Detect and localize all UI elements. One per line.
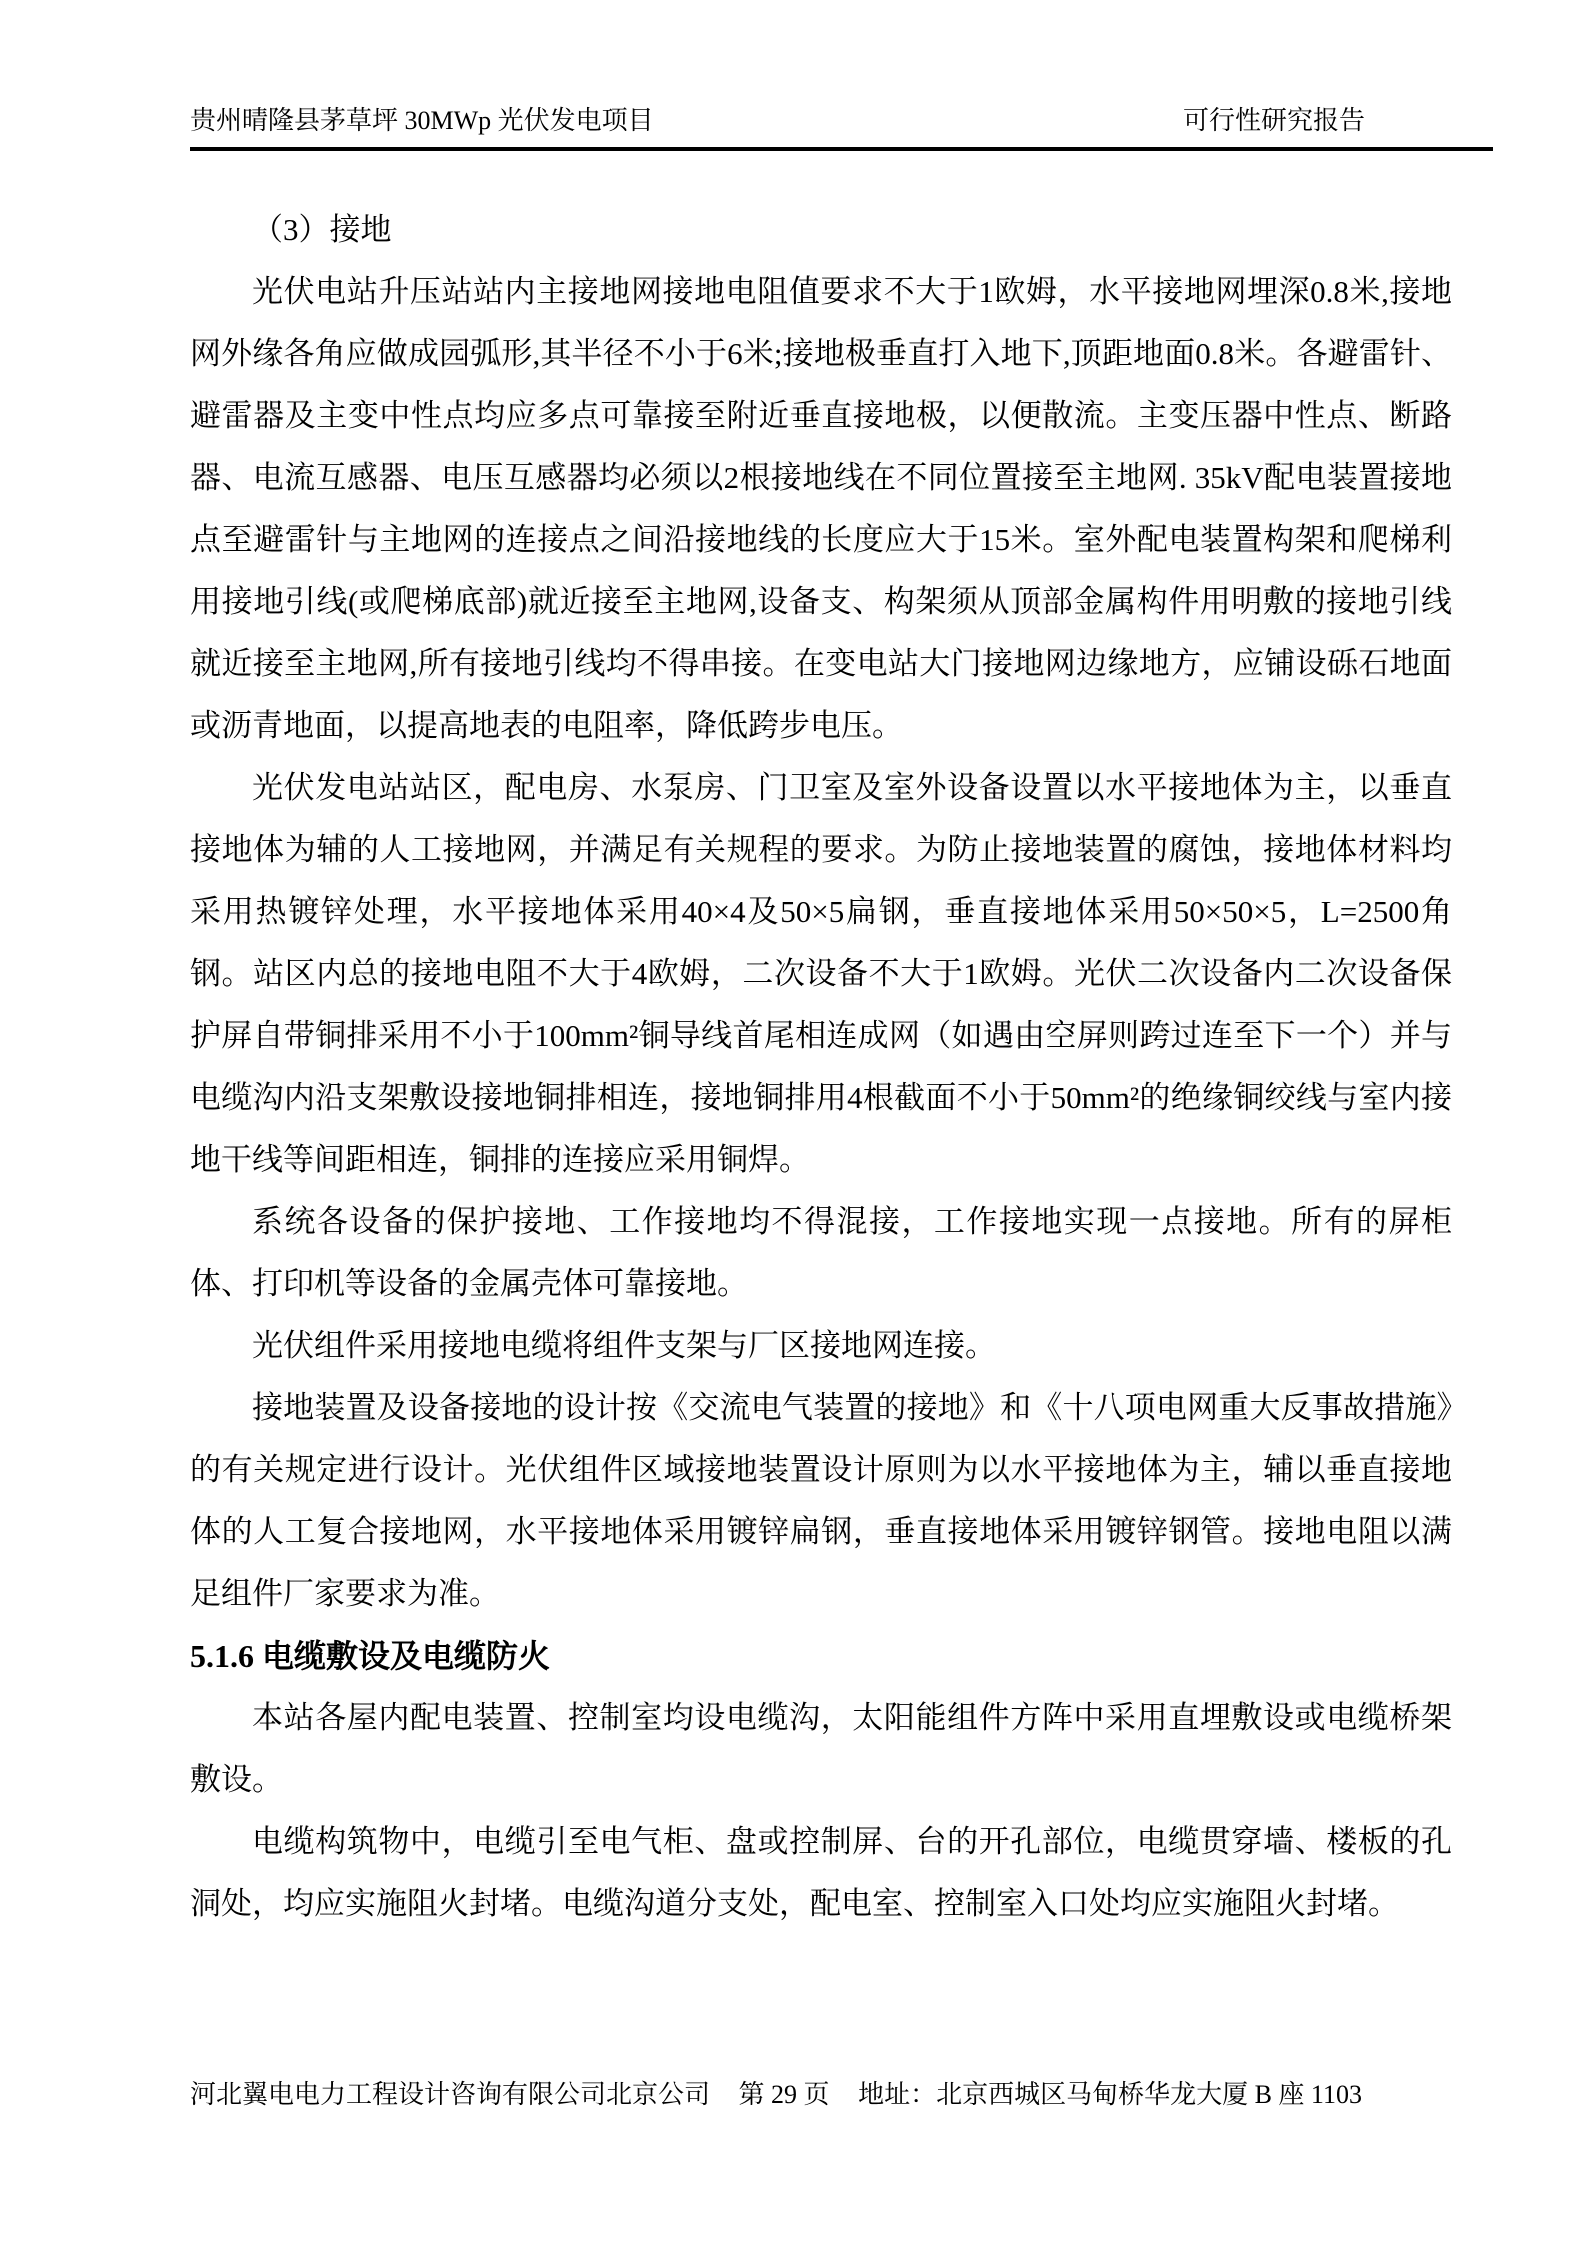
footer-page-number: 第 29 页: [739, 2076, 830, 2114]
document-page: 贵州晴隆县茅草坪 30MWp 光伏发电项目 可行性研究报告 （3）接地 光伏电站…: [0, 0, 1587, 2245]
footer-address: 地址：北京西城区马甸桥华龙大厦 B 座 1103: [858, 2076, 1362, 2114]
paragraph-design-standards: 接地装置及设备接地的设计按《交流电气装置的接地》和《十八项电网重大反事故措施》的…: [190, 1377, 1452, 1625]
page-header: 贵州晴隆县茅草坪 30MWp 光伏发电项目 可行性研究报告: [190, 104, 1365, 138]
paragraph-system-devices-grounding: 系统各设备的保护接地、工作接地均不得混接，工作接地实现一点接地。所有的屏柜体、打…: [190, 1191, 1452, 1315]
header-divider: [190, 147, 1493, 151]
header-doc-type: 可行性研究报告: [1183, 104, 1365, 138]
paragraph-station-area-grounding: 光伏发电站站区，配电房、水泵房、门卫室及室外设备设置以水平接地体为主，以垂直接地…: [190, 757, 1452, 1191]
section-heading-cable: 5.1.6 电缆敷设及电缆防火: [190, 1625, 1452, 1687]
paragraph-cable-fireproof: 电缆构筑物中，电缆引至电气柜、盘或控制屏、台的开孔部位，电缆贯穿墙、楼板的孔洞处…: [190, 1811, 1452, 1935]
footer-company: 河北翼电电力工程设计咨询有限公司北京公司: [190, 2076, 710, 2114]
page-footer: 河北翼电电力工程设计咨询有限公司北京公司 第 29 页 地址：北京西城区马甸桥华…: [190, 2076, 1362, 2114]
paragraph-pv-module-grounding: 光伏组件采用接地电缆将组件支架与厂区接地网连接。: [190, 1315, 1452, 1377]
header-project-title: 贵州晴隆县茅草坪 30MWp 光伏发电项目: [190, 104, 654, 138]
paragraph-cable-laying: 本站各屋内配电装置、控制室均设电缆沟，太阳能组件方阵中采用直埋敷设或电缆桥架敷设…: [190, 1687, 1452, 1811]
paragraph-grounding-main: 光伏电站升压站站内主接地网接地电阻值要求不大于1欧姆，水平接地网埋深0.8米,接…: [190, 261, 1452, 757]
document-body: （3）接地 光伏电站升压站站内主接地网接地电阻值要求不大于1欧姆，水平接地网埋深…: [190, 199, 1452, 1935]
subsection-heading-grounding: （3）接地: [190, 199, 1452, 261]
